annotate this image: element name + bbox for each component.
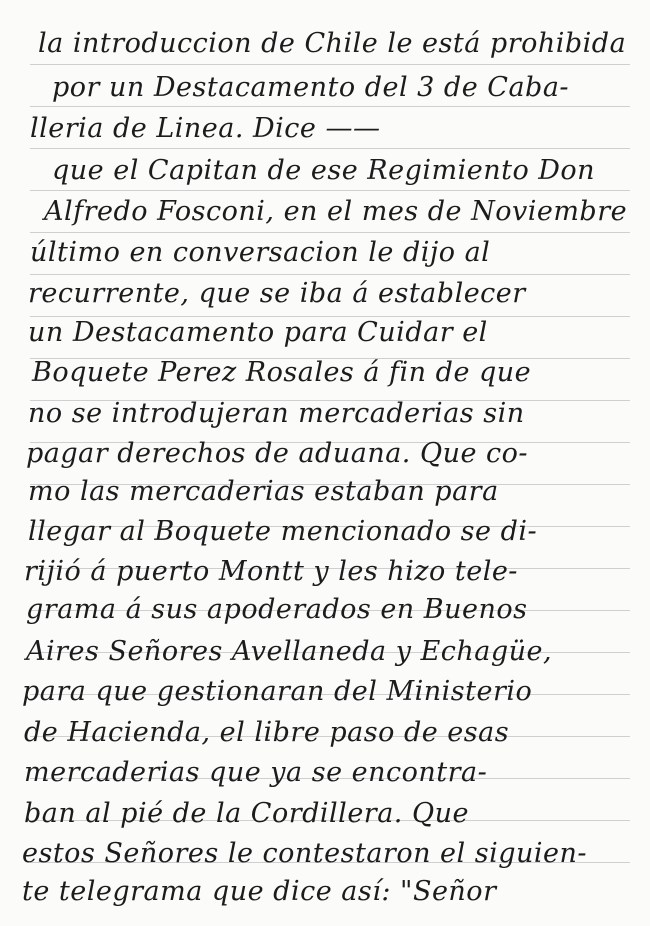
text-line: pagar derechos de aduana. Que co- <box>26 438 626 469</box>
text-line: mo las mercaderias estaban para <box>28 476 628 507</box>
text-line: la introduccion de Chile le está prohibi… <box>38 28 638 59</box>
ruled-line <box>30 64 630 65</box>
text-line: por un Destacamento del 3 de Caba- <box>52 72 650 103</box>
text-line: llegar al Boquete mencionado se di- <box>28 516 628 547</box>
ruled-line <box>30 106 630 107</box>
text-line: último en conversacion le dijo al <box>30 237 630 268</box>
text-line: estos Señores le contestaron el siguien- <box>22 838 622 869</box>
text-line: ban al pié de la Cordillera. Que <box>24 798 624 829</box>
text-line: mercaderias que ya se encontra- <box>24 757 624 788</box>
text-line: te telegrama que dice así: "Señor <box>22 876 622 907</box>
manuscript-page: la introduccion de Chile le está prohibi… <box>0 0 650 926</box>
ruled-line <box>30 232 630 233</box>
ruled-line <box>30 148 630 149</box>
text-line: grama á sus apoderados en Buenos <box>26 594 626 625</box>
text-line: un Destacamento para Cuidar el <box>28 317 628 348</box>
text-line: Aires Señores Avellaneda y Echagüe, <box>26 636 626 667</box>
text-line: recurrente, que se iba á establecer <box>28 278 628 309</box>
text-line: Boquete Perez Rosales á fin de que <box>32 357 632 388</box>
ruled-line <box>30 190 630 191</box>
text-line: Alfredo Fosconi, en el mes de Noviembre <box>44 196 644 227</box>
text-line: no se introdujeran mercaderias sin <box>28 398 628 429</box>
text-line: de Hacienda, el libre paso de esas <box>24 717 624 748</box>
text-line: lleria de Linea. Dice —— <box>30 113 630 144</box>
text-line: que el Capitan de ese Regimiento Don <box>52 155 650 186</box>
text-line: para que gestionaran del Ministerio <box>22 676 622 707</box>
text-line: rijió á puerto Montt y les hizo tele- <box>24 556 624 587</box>
ruled-line <box>30 274 630 275</box>
